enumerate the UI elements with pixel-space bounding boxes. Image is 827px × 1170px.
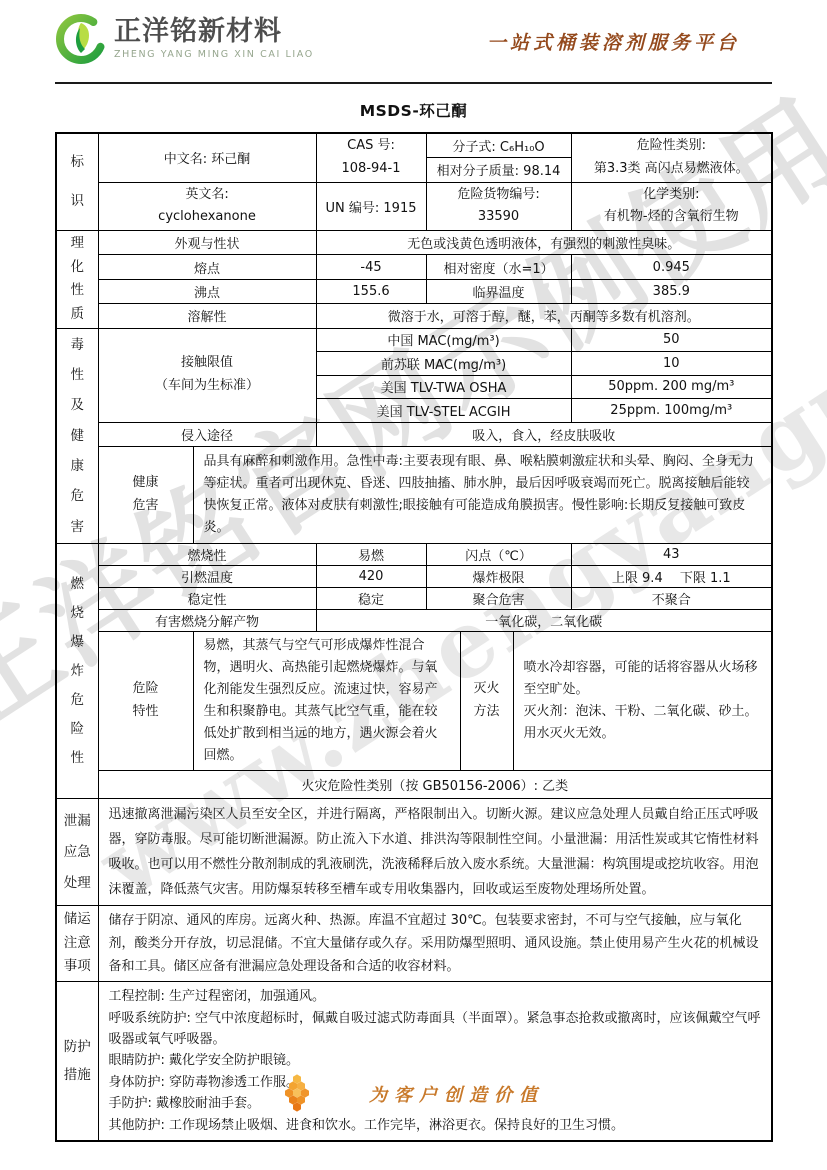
cell-explosion-value: 上限 9.4 下限 1.1 — [571, 566, 772, 588]
page-footer: 为客户创造价值 — [0, 1072, 827, 1116]
cell-boiling-label: 沸点 — [98, 279, 316, 303]
cell-dg-code: 危险货物编号: 33590 — [426, 182, 571, 231]
cell-stability-value: 稳定 — [316, 588, 426, 610]
cell-cn-name: 中文名: 环己酮 — [98, 133, 316, 182]
cell-melting-label: 熔点 — [98, 255, 316, 279]
cell-en-name: 英文名: cyclohexanone — [98, 182, 316, 231]
cell-limit-row-name: 前苏联 MAC(mg/m³) — [316, 352, 571, 376]
cell-limit-row-value: 25ppm. 100mg/m³ — [571, 399, 772, 423]
cell-poly-value: 不聚合 — [571, 588, 772, 610]
cell-mol-weight: 相对分子质量: 98.14 — [426, 158, 571, 183]
footer-slogan: 为客户创造价值 — [369, 1081, 544, 1107]
cell-hazard-traits-text: 易燃，其蒸气与空气可形成爆炸性混合物，遇明火、高热能引起燃烧爆炸。与氧化剂能发生… — [193, 632, 460, 771]
cell-exposure-limit-label: 接触限值 （车间为生标准） — [98, 328, 316, 422]
cell-flammability-label: 燃烧性 — [98, 544, 316, 566]
cell-products-value: 一氧化碳，二氧化碳 — [316, 610, 772, 632]
document-title: MSDS-环己酮 — [0, 99, 827, 121]
cell-boiling-value: 155.6 — [316, 279, 426, 303]
cell-fire-class: 火灾危险性类别（按 GB50156-2006）: 乙类 — [98, 771, 772, 799]
cell-cas-number: CAS 号: 108-94-1 — [316, 133, 426, 182]
cell-chem-class: 化学类别: 有机物-烃的含氧衍生物 — [571, 182, 772, 231]
cell-solubility-value: 微溶于水，可溶于醇，醚，苯，丙酮等多数有机溶剂。 — [316, 304, 772, 328]
cell-density-value: 0.945 — [571, 255, 772, 279]
cell-flammability-value: 易燃 — [316, 544, 426, 566]
cell-formula: 分子式: C₆H₁₀O — [426, 133, 571, 158]
cell-limit-row-value: 50 — [571, 328, 772, 352]
cell-ignition-value: 420 — [316, 566, 426, 588]
cell-extinguish-label: 灭火 方法 — [460, 632, 513, 771]
cell-route-value: 吸入，食入，经皮肤吸收 — [316, 422, 772, 447]
cell-critical-value: 385.9 — [571, 279, 772, 303]
header-slogan: 一站式桶装溶剂服务平台 — [487, 28, 740, 55]
cell-density-label: 相对密度（水=1） — [426, 255, 571, 279]
company-logo-text: 正洋铭新材料 ZHENG YANG MING XIN CAI LIAO — [114, 18, 314, 59]
cell-hazard-traits-label: 危险 特性 — [98, 632, 193, 771]
section-label-physical: 理 化 性 质 — [56, 231, 98, 329]
company-logo: 正洋铭新材料 ZHENG YANG MING XIN CAI LIAO — [55, 13, 314, 65]
cell-limit-row-name: 美国 TLV-TWA OSHA — [316, 375, 571, 399]
section-label-identification: 标 识 — [56, 133, 98, 231]
cell-stability-label: 稳定性 — [98, 588, 316, 610]
cell-ignition-label: 引燃温度 — [98, 566, 316, 588]
cell-critical-label: 临界温度 — [426, 279, 571, 303]
msds-table: 标 识 中文名: 环己酮 CAS 号: 108-94-1 分子式: C₆H₁₀O… — [55, 132, 773, 1142]
protection-line-engineering: 工程控制: 生产过程密闭，加强通风。 — [109, 986, 762, 1007]
company-name-en: ZHENG YANG MING XIN CAI LIAO — [114, 49, 314, 60]
msds-page: 正洋铭官网示例使用 www.zhengyangming.com 正洋铭新材料 — [0, 0, 827, 1170]
cell-hazard-class: 危险性类别: 第3.3类 高闪点易燃液体。 — [571, 133, 772, 182]
page-header: 正洋铭新材料 ZHENG YANG MING XIN CAI LIAO 一站式桶… — [55, 0, 772, 84]
cell-un-number: UN 编号: 1915 — [316, 182, 426, 231]
protection-line-respiratory: 呼吸系统防护: 空气中浓度超标时，佩戴自吸过滤式防毒面具（半面罩）。紧急事态抢救… — [109, 1008, 762, 1051]
section-label-toxicity: 毒 性 及 健 康 危 害 — [56, 328, 98, 544]
cell-health-hazard-text: 品具有麻醉和刺激作用。急性中毒:主要表现有眼、鼻、喉粘膜刺激症状和头晕、胸闷、全… — [193, 447, 772, 544]
section-label-leak: 泄漏 应急 处理 — [56, 799, 98, 906]
cell-limit-row-name: 中国 MAC(mg/m³) — [316, 328, 571, 352]
company-name-cn: 正洋铭新材料 — [114, 18, 314, 46]
cell-route-label: 侵入途径 — [98, 422, 316, 447]
cell-limit-row-name: 美国 TLV-STEL ACGIH — [316, 399, 571, 423]
cell-solubility-label: 溶解性 — [98, 304, 316, 328]
section-label-protection: 防护 措施 — [56, 982, 98, 1141]
cell-leak-text: 迅速撤离泄漏污染区人员至安全区，并进行隔离，严格限制出入。切断火源。建议应急处理… — [98, 799, 772, 906]
cell-flash-value: 43 — [571, 544, 772, 566]
protection-line-eyes: 眼睛防护: 戴化学安全防护眼镜。 — [109, 1050, 762, 1071]
cell-health-hazard-label: 健康 危害 — [98, 447, 193, 544]
honeycomb-icon — [283, 1072, 311, 1116]
cell-explosion-label: 爆炸极限 — [426, 566, 571, 588]
cell-limit-row-value: 10 — [571, 352, 772, 376]
cell-protection-text: 工程控制: 生产过程密闭，加强通风。 呼吸系统防护: 空气中浓度超标时，佩戴自吸… — [98, 982, 772, 1141]
section-label-storage: 储运 注意 事项 — [56, 906, 98, 982]
cell-melting-value: -45 — [316, 255, 426, 279]
cell-appearance-label: 外观与性状 — [98, 231, 316, 255]
cell-extinguish-text: 喷水冷却容器，可能的话将容器从火场移至空旷处。 灭火剂：泡沫、干粉、二氧化碳、砂… — [513, 632, 772, 771]
protection-line-other: 其他防护: 工作现场禁止吸烟、进食和饮水。工作完毕，淋浴更衣。保持良好的卫生习惯… — [109, 1115, 762, 1136]
company-logo-icon — [55, 13, 107, 65]
section-label-fire-explosion: 燃 烧 爆 炸 危 险 性 — [56, 544, 98, 799]
cell-poly-label: 聚合危害 — [426, 588, 571, 610]
cell-products-label: 有害燃烧分解产物 — [98, 610, 316, 632]
cell-limit-row-value: 50ppm. 200 mg/m³ — [571, 375, 772, 399]
cell-flash-label: 闪点（℃） — [426, 544, 571, 566]
cell-storage-text: 储存于阴凉、通风的库房。远离火种、热源。库温不宜超过 30℃。包装要求密封，不可… — [98, 906, 772, 982]
cell-appearance-value: 无色或浅黄色透明液体，有强烈的刺激性臭味。 — [316, 231, 772, 255]
